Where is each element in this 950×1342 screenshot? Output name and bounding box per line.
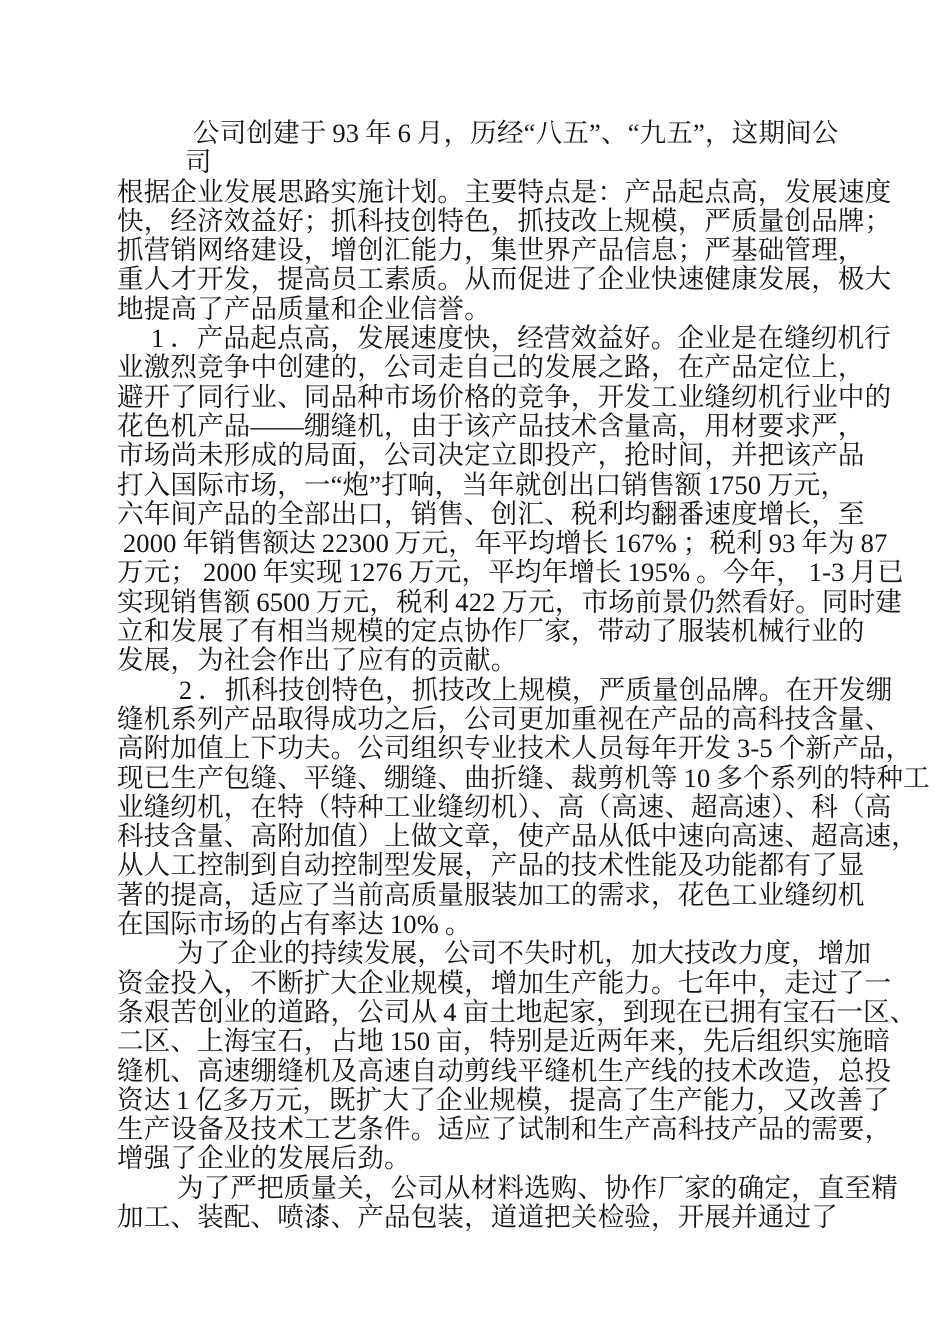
document-page: 公司创建于93年6月，历经“八五”、“九五”，这期间公司根据企业发展思路实施计划… [0, 0, 950, 1342]
text-line: 快，经济效益好；抓科技创特色，抓技改上规模，严质量创品牌； [117, 207, 897, 236]
text-line: 为了严把质量关，公司从材料选购、协作厂家的确定，直至精 [117, 1174, 897, 1203]
text-line: 二区、上海宝石，占地150亩，特别是近两年来，先后组织实施暗 [117, 1027, 897, 1056]
text-line: 在国际市场的占有率达10%。 [117, 910, 897, 939]
text-line: 增强了企业的发展后劲。 [117, 1144, 897, 1173]
text-line: 生产设备及技术工艺条件。适应了试制和生产高科技产品的需要， [117, 1115, 897, 1144]
text-line: 业激烈竞争中创建的，公司走自己的发展之路，在产品定位上， [117, 353, 897, 382]
text-line: 科技含量、高附加值）上做文章，使产品从低中速向高速、超高速， [117, 822, 897, 851]
text-line: 抓营销网络建设，增创汇能力，集世界产品信息；严基础管理， [117, 236, 897, 265]
text-line: 立和发展了有相当规模的定点协作厂家，带动了服装机械行业的 [117, 617, 897, 646]
text-line: 1．产品起点高，发展速度快，经营效益好。企业是在缝纫机行 [117, 324, 897, 353]
text-line: 缝机系列产品取得成功之后，公司更加重视在产品的高科技含量、 [117, 705, 897, 734]
text-line: 公司创建于93年6月，历经“八五”、“九五”，这期间公 [117, 119, 897, 148]
text-line: 条艰苦创业的道路，公司从4亩土地起家，到现在已拥有宝石一区、 [117, 998, 897, 1027]
text-line: 2．抓科技创特色，抓技改上规模，严质量创品牌。在开发绷 [117, 676, 897, 705]
text-line: 为了企业的持续发展，公司不失时机，加大技改力度，增加 [117, 939, 897, 968]
text-line: 2000年销售额达22300万元，年平均增长167%；税利93年为87 [117, 529, 897, 558]
text-line: 发展，为社会作出了应有的贡献。 [117, 646, 897, 675]
text-line: 实现销售额6500万元，税利422万元，市场前景仍然看好。同时建 [117, 588, 897, 617]
text-line: 地提高了产品质量和企业信誉。 [117, 295, 897, 324]
text-line: 高附加值上下功夫。公司组织专业技术人员每年开发3-5个新产品， [117, 734, 897, 763]
text-line: 加工、装配、喷漆、产品包装，道道把关检验，开展并通过了 [117, 1203, 897, 1232]
text-line: 根据企业发展思路实施计划。主要特点是：产品起点高，发展速度 [117, 178, 897, 207]
text-line: 司 [117, 148, 897, 177]
text-line: 花色机产品——绷缝机，由于该产品技术含量高，用材要求严， [117, 412, 897, 441]
document-text-block: 公司创建于93年6月，历经“八五”、“九五”，这期间公司根据企业发展思路实施计划… [117, 119, 897, 1232]
text-line: 避开了同行业、同品种市场价格的竞争，开发工业缝纫机行业中的 [117, 383, 897, 412]
text-line: 打入国际市场，一“炮”打响，当年就创出口销售额1750万元， [117, 471, 897, 500]
text-line: 缝机、高速绷缝机及高速自动剪线平缝机生产线的技术改造，总投 [117, 1057, 897, 1086]
text-line: 现已生产包缝、平缝、绷缝、曲折缝、裁剪机等10多个系列的特种工 [117, 764, 897, 793]
text-line: 著的提高，适应了当前高质量服装加工的需求，花色工业缝纫机 [117, 881, 897, 910]
text-line: 重人才开发，提高员工素质。从而促进了企业快速健康发展，极大 [117, 265, 897, 294]
text-line: 资达1亿多万元，既扩大了企业规模，提高了生产能力，又改善了 [117, 1086, 897, 1115]
text-line: 万元；2000年实现1276万元，平均年增长195%。今年，1-3月已 [117, 558, 897, 587]
text-line: 市场尚未形成的局面，公司决定立即投产，抢时间，并把该产品 [117, 441, 897, 470]
text-line: 资金投入，不断扩大企业规模，增加生产能力。七年中，走过了一 [117, 969, 897, 998]
text-line: 六年间产品的全部出口，销售、创汇、税利均翻番速度增长，至 [117, 500, 897, 529]
text-line: 业缝纫机，在特（特种工业缝纫机）、高（高速、超高速）、科（高 [117, 793, 897, 822]
text-line: 从人工控制到自动控制型发展，产品的技术性能及功能都有了显 [117, 851, 897, 880]
